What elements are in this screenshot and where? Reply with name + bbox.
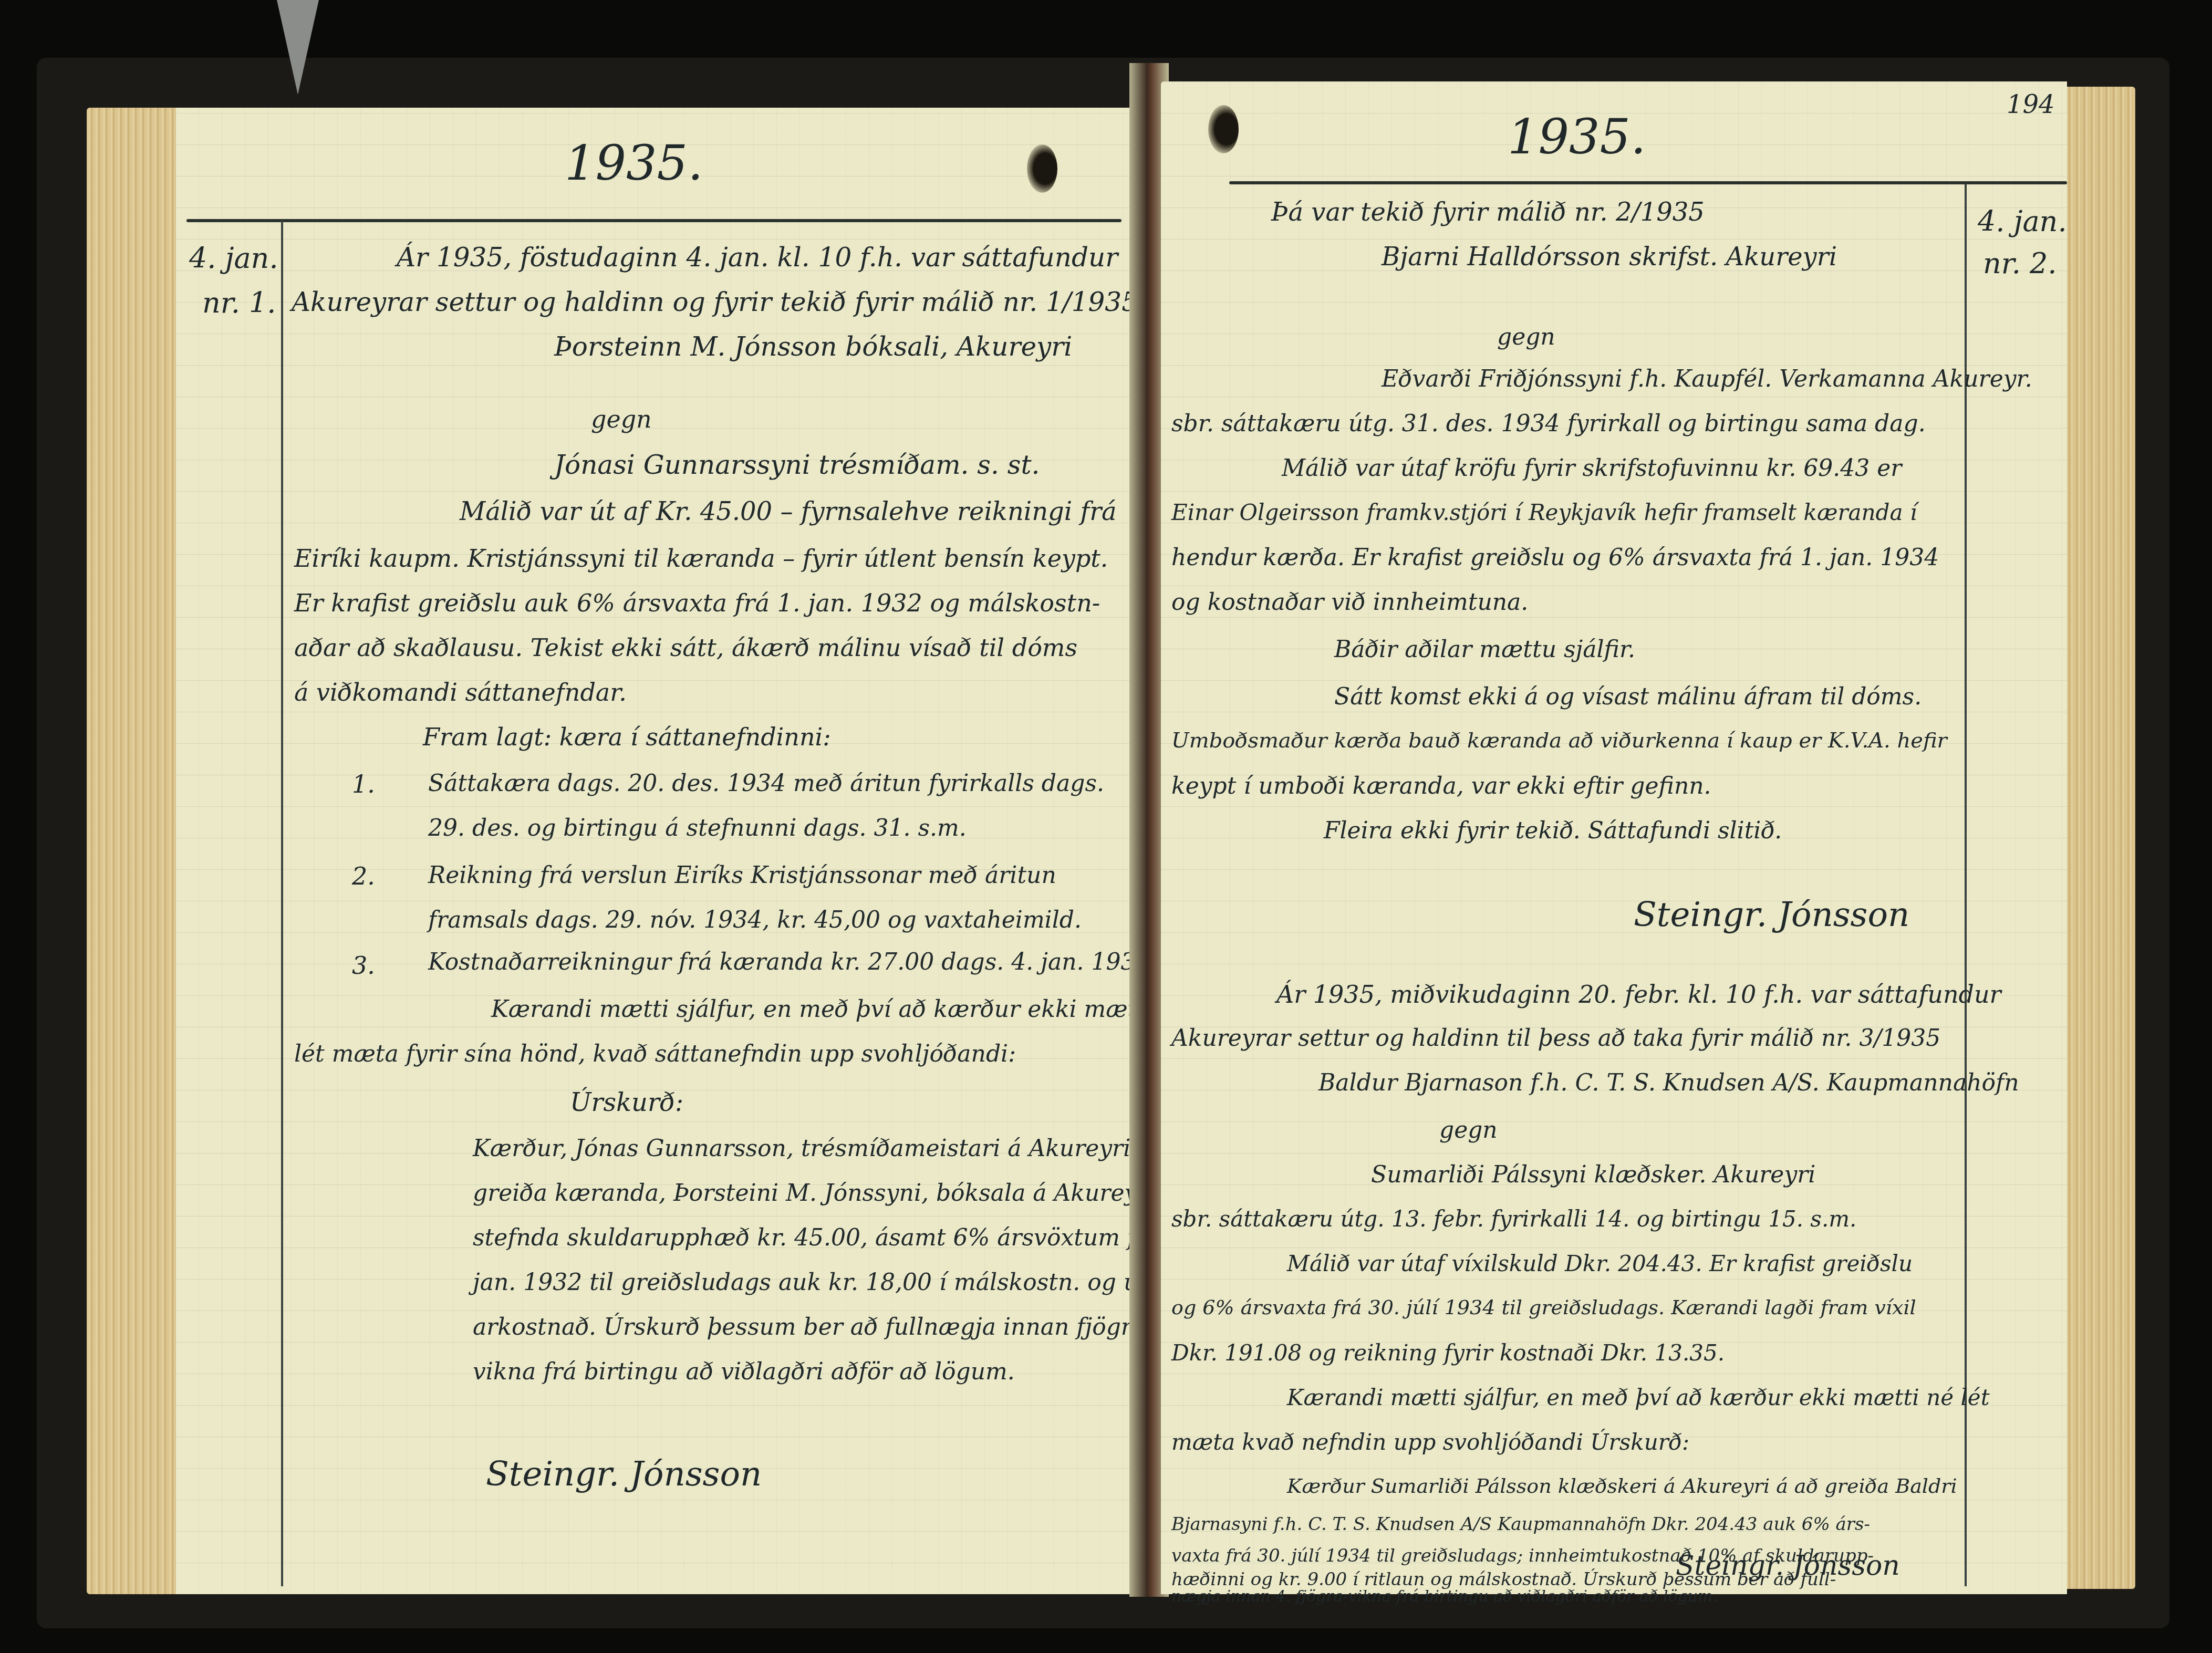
entry-line: Ár 1935, föstudaginn 4. jan. kl. 10 f.h.… <box>397 244 1118 271</box>
margin-line <box>281 221 283 1586</box>
gegn-label: gegn <box>1439 1119 1498 1142</box>
signature: Steingr. Jónsson <box>486 1458 762 1491</box>
year-heading: 1935. <box>565 139 703 188</box>
entry-line: Einar Olgeirsson framkv.stjóri í Reykjav… <box>1171 502 1917 524</box>
punch-hole <box>1027 144 1057 193</box>
plaintiff-line: Baldur Bjarnason f.h. C. T. S. Knudsen A… <box>1318 1072 2019 1095</box>
entry-line: lét mæta fyrir sína hönd, kvað sáttanefn… <box>294 1043 1016 1066</box>
defendant-line: Jónasi Gunnarssyni trésmíðam. s. st. <box>554 452 1040 478</box>
left-page-edges <box>87 108 179 1594</box>
exhibit-text: Kostnaðarreikningur frá kæranda kr. 27.0… <box>428 951 1150 974</box>
entry-line: Málið var útaf kröfu fyrir skrifstofuvin… <box>1282 457 1902 480</box>
margin-date: 4. jan. <box>1978 207 2067 236</box>
verdict-line: Kærður Sumarliði Pálsson klæðskeri á Aku… <box>1287 1476 1957 1496</box>
margin-case-number: nr. 2. <box>1983 249 2057 278</box>
entry-line: keypt í umboði kæranda, var ekki eftir g… <box>1171 775 1711 798</box>
entry-line: og kostnaðar við innheimtuna. <box>1171 591 1528 614</box>
left-page: 1935. 4. jan. nr. 1. Ár 1935, föstudagin… <box>176 108 1137 1594</box>
entry-line: Fleira ekki fyrir tekið. Sáttafundi slit… <box>1324 819 1782 843</box>
right-page-edges <box>2067 87 2135 1589</box>
verdict-line: nægja innan 4. fjögra-vikna frá birtingu… <box>1171 1589 1718 1605</box>
entry-line: Kærandi mætti sjálfur, en með því að kær… <box>491 998 1190 1021</box>
gegn-label: gegn <box>1497 326 1555 349</box>
entry-line: á viðkomandi sáttanefndar. <box>294 680 627 704</box>
right-page: 194 1935. 4. jan. nr. 2. Þá var tekið fy… <box>1161 81 2067 1594</box>
entry-line: hendur kærða. Er krafist greiðslu og 6% … <box>1171 546 1939 569</box>
entry-line: Akureyrar settur og haldinn til þess að … <box>1171 1027 1940 1050</box>
header-rule <box>186 219 1121 222</box>
exhibit-number: 1. <box>352 772 375 796</box>
margin-date: 4. jan. <box>189 244 278 273</box>
verdict-heading: Úrskurð: <box>570 1090 683 1115</box>
entry-line: Kærandi mætti sjálfur, en með því að kær… <box>1287 1387 1990 1409</box>
entry-line: sbr. sáttakæru útg. 31. des. 1934 fyrirk… <box>1171 412 1926 435</box>
entry-line: Ár 1935, miðvikudaginn 20. febr. kl. 10 … <box>1276 982 2001 1006</box>
exhibit-number: 3. <box>352 953 375 978</box>
exhibit-number: 2. <box>352 864 375 888</box>
page-number: 194 <box>2007 92 2055 117</box>
plaintiff-line: Þorsteinn M. Jónsson bóksali, Akureyri <box>554 334 1072 360</box>
year-heading: 1935. <box>1508 113 1646 161</box>
entry-line: Dkr. 191.08 og reikning fyrir kostnaði D… <box>1171 1342 1725 1364</box>
page-holder-blade <box>277 0 319 95</box>
verdict-line: stefnda skuldarupphæð kr. 45.00, ásamt 6… <box>473 1226 1190 1250</box>
entry-line: Er krafist greiðslu auk 6% ársvaxta frá … <box>294 591 1100 615</box>
entry-line: og 6% ársvaxta frá 30. júlí 1934 til gre… <box>1171 1297 1916 1317</box>
entry-line: Sátt komst ekki á og vísast málinu áfram… <box>1334 685 1922 709</box>
signature: Steingr. Jónsson <box>1676 1552 1900 1579</box>
defendant-line: Eðvarði Friðjónssyni f.h. Kaupfél. Verka… <box>1382 368 2032 391</box>
margin-case-number: nr. 1. <box>202 289 276 317</box>
entry-line: Þá var tekið fyrir málið nr. 2/1935 <box>1271 200 1705 225</box>
entry-line: Umboðsmaður kærða bauð kæranda að viðurk… <box>1171 730 1947 751</box>
header-rule <box>1229 181 2067 184</box>
entry-line: Málið var útaf víxilskuld Dkr. 204.43. E… <box>1287 1253 1913 1275</box>
gegn-label: gegn <box>591 407 652 431</box>
exhibit-text: 29. des. og birtingu á stefnunni dags. 3… <box>428 817 967 840</box>
entry-line: mæta kvað nefndin upp svohljóðandi Úrsku… <box>1171 1431 1689 1453</box>
exhibit-text: Reikning frá verslun Eiríks Kristjánsson… <box>428 864 1056 887</box>
verdict-line: greiða kæranda, Þorsteini M. Jónssyni, b… <box>473 1182 1215 1205</box>
entry-line: sbr. sáttakæru útg. 13. febr. fyrirkalli… <box>1171 1208 1856 1230</box>
verdict-line: vikna frá birtingu að viðlagðri aðför að… <box>473 1360 1015 1384</box>
exhibits-heading: Fram lagt: kæra í sáttanefndinni: <box>423 725 831 749</box>
signature: Steingr. Jónsson <box>1634 898 1909 932</box>
entry-line: Málið var út af Kr. 45.00 – fyrnsalehve … <box>460 499 1117 524</box>
margin-line <box>1965 184 1967 1586</box>
defendant-line: Sumarliði Pálssyni klæðsker. Akureyri <box>1371 1163 1815 1187</box>
verdict-line: jan. 1932 til greiðsludags auk kr. 18,00… <box>473 1271 1222 1294</box>
entry-line: Eiríki kaupm. Kristjánssyni til kæranda … <box>294 546 1108 570</box>
exhibit-text: framsals dags. 29. nóv. 1934, kr. 45,00 … <box>428 909 1082 932</box>
verdict-line: Bjarnasyni f.h. C. T. S. Knudsen A/S Kau… <box>1171 1515 1870 1533</box>
plaintiff-line: Bjarni Halldórsson skrifst. Akureyri <box>1382 244 1837 269</box>
entry-line: Báðir aðilar mættu sjálfir. <box>1334 638 1635 661</box>
verdict-line: Kærður, Jónas Gunnarsson, trésmíðameista… <box>473 1137 1194 1160</box>
entry-line: aðar að skaðlausu. Tekist ekki sátt, ákæ… <box>294 636 1077 660</box>
verdict-line: arkostnað. Úrskurð þessum ber að fullnæg… <box>473 1316 1176 1339</box>
punch-hole <box>1208 105 1239 153</box>
exhibit-text: Sáttakæra dags. 20. des. 1934 með áritun… <box>428 772 1104 795</box>
entry-line: Akureyrar settur og haldinn og fyrir tek… <box>292 289 1138 315</box>
